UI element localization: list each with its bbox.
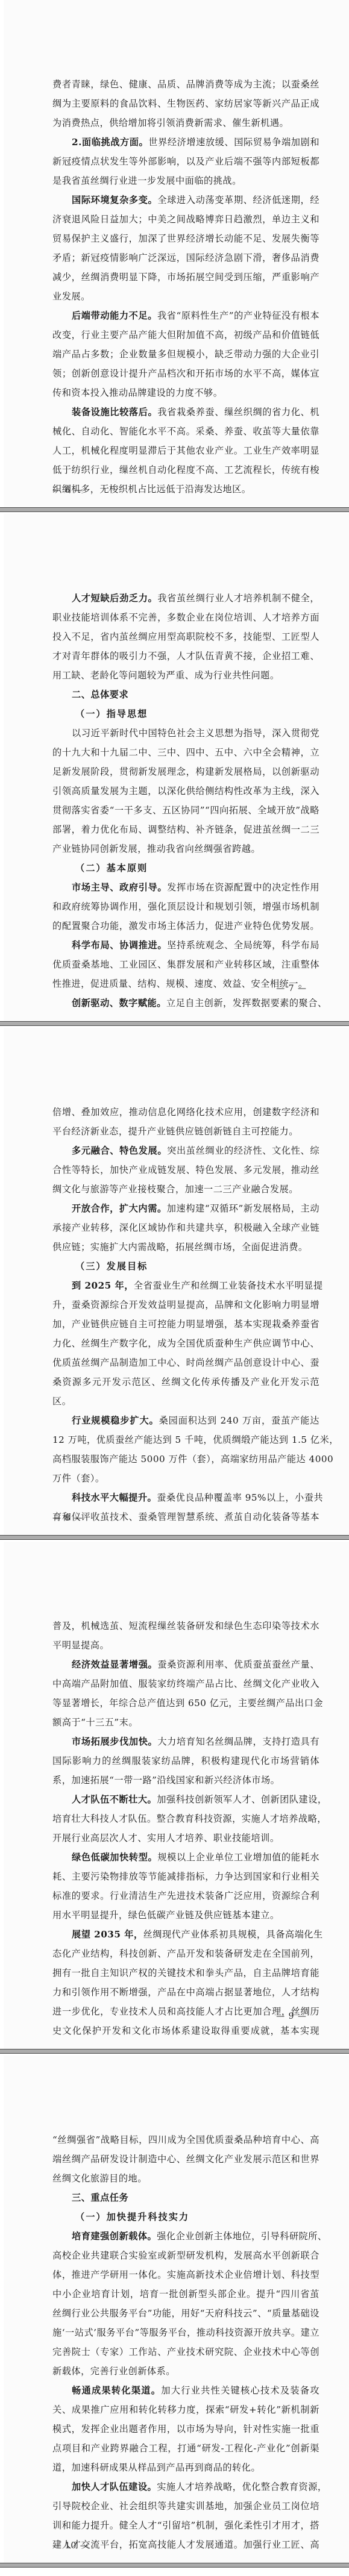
line-text: 新冠疫情点状发生等外部影响，以及产业后端不强等内部短板都 bbox=[52, 156, 319, 167]
line-text: 职业技能培训体系不完善，多数企业在岗位培训、人才培养方面 bbox=[52, 612, 319, 623]
text-line: 和政府统筹协调作用，强化顶层设计和规划引领，增强市场机制 bbox=[52, 897, 319, 916]
line-text: 优质蚕桑基地、工业园区、集群发展和产业转移区域，注重整体 bbox=[52, 959, 319, 970]
text-line: 区。 bbox=[52, 1392, 319, 1411]
text-line: 高校企业共建联合实验室或新型研发机构，发展高水平创新联合 bbox=[52, 2246, 319, 2265]
text-line: 态化产业结构，科技创新、产品开发和装备研发走在全国前列， bbox=[52, 1944, 319, 1963]
bold-lead-phrase: 到 2025 年， bbox=[72, 1280, 134, 1291]
text-line: 织绸机多，无梭织机占比远低于沿海发达地区。 bbox=[52, 480, 319, 499]
line-text: 发挥市场在资源配置中的决定性作用 bbox=[167, 882, 319, 893]
line-text: 桑园面积达到 240 万亩，蚕茧产能达 bbox=[159, 1415, 319, 1426]
text-line: 引领高质量发展为主题，以深化供给侧结构性改革为主线，深入 bbox=[52, 781, 319, 801]
text-line: 升，蚕桑资源综合开发效益明显提高，品牌和文化影响力明显增 bbox=[52, 1295, 319, 1315]
line-text: 建人才交流平台，拓宽高技能人才发展通道。加强行业工匠、高 bbox=[52, 2539, 319, 2550]
line-text: 训和能力提升。健全人才“引留培”机制，强化柔性引才用才，搭 bbox=[52, 2520, 319, 2531]
text-line: 12 万吨，优质蚕丝产能达到 5 千吨，优质绸缎产能达到 1.5 亿米， bbox=[52, 1430, 319, 1449]
line-text: 升，蚕桑资源综合开发效益明显提高，品牌和文化影响力明显增 bbox=[52, 1299, 319, 1310]
text-line: 高档服装服饰产能达 5000 万件（套），高端家纺用品产能达 4000 bbox=[52, 1449, 319, 1469]
text-line: 的配置聚合功能，激发市场主体活力，促进产业特色优势发展。 bbox=[52, 916, 319, 936]
bold-lead-phrase: 市场拓展步伐加快。 bbox=[72, 1736, 157, 1747]
document-page: 人才短缺后劲乏力。我省茧丝绸行业人才培养机制不健全，职业技能培训体系不完善，多数… bbox=[0, 514, 349, 1021]
paragraph-start-line: 经济效益显著增强。蚕桑资源利用率、优质蚕茧蚕丝产量、 bbox=[52, 1655, 319, 1674]
line-text: 史文化保护开发和文化市场体系建设取得重要成就，基本实现 bbox=[52, 2025, 319, 2036]
section-heading: 三、重点任务 bbox=[52, 2188, 319, 2207]
text-line: 传和资本投入推动品牌建设的力度不够。 bbox=[52, 383, 319, 402]
page-separator bbox=[0, 2049, 349, 2054]
line-text: 加强科技创新领军人才、创新团队建设， bbox=[157, 1794, 327, 1805]
line-text: 我省茧丝绸行业人才培养机制不健全， bbox=[157, 593, 319, 604]
bold-lead-phrase: 市场主导、政府引导。 bbox=[72, 882, 167, 893]
text-line: 桑资源多元开发示范区、丝绸文化传承传播及产业化开发示范 bbox=[52, 1372, 319, 1392]
line-text: 用水平明显提升，绿色低碳产业链及供应链基本建立。 bbox=[52, 1910, 280, 1921]
line-text: 贯彻落实省委“一干多支、五区协同”“四向拓展、全域开放”战略 bbox=[52, 805, 319, 816]
line-text: 耗、主要污染物排放等节能减排指标，力争达到国家和行业相关 bbox=[52, 1871, 319, 1882]
line-text: 突出茧丝绸业的经济性、文化性、综 bbox=[167, 1145, 319, 1156]
text-line: 拥有一批自主知识产权的关键技术和拳头产品，自主品牌培育能 bbox=[52, 1963, 319, 1983]
text-line: 用水平明显提升，绿色低碳产业链及供应链基本建立。 bbox=[52, 1905, 319, 1925]
paragraph-start-line: 人才队伍不断壮大。加强科技创新领军人才、创新团队建设， bbox=[52, 1790, 319, 1809]
text-line: 费者青睐，绿色、健康、品质、品牌消费等成为主流；以蚕桑丝 bbox=[52, 75, 319, 94]
paragraph-start-line: 以习近平新时代中国特色社会主义思想为指导，深入贯彻党 bbox=[52, 724, 319, 743]
text-line: 绸文化与旅游等产业接枝聚合，加速一二三产业融合发展。 bbox=[52, 1180, 319, 1199]
bold-lead-phrase: 人才队伍不断壮大。 bbox=[72, 1794, 157, 1805]
text-line: 引导院校企业、社会组织等共建实训基地，加强企业员工岗位培 bbox=[52, 2496, 319, 2516]
page-gap bbox=[0, 2568, 349, 2569]
text-line: 低于纺织行业，缫丝机自动化程度不高、工艺流程长，传统有梭 bbox=[52, 460, 319, 480]
line-text: 全球进入动荡变革期、经济低迷期，经 bbox=[157, 195, 319, 205]
paragraph-start-line: 到 2025 年，全省蚕业生产和丝绸工业装备技术水平明显提 bbox=[52, 1276, 319, 1295]
text-line: 普及，机械选茧、短流程缫丝装备研发和绿色生态印染等技术水 bbox=[52, 1616, 319, 1636]
line-text: 我省“原料性生产”的产业特征没有根本 bbox=[157, 310, 319, 321]
paragraph-start-line: 2.面临挑战方面。世界经济增速放缓、国际贸易争端加剧和 bbox=[52, 133, 319, 152]
text-line: 标准的要求。行业清洁生产先进技术装备广泛应用，资源综合利 bbox=[52, 1886, 319, 1905]
bold-lead-phrase: 开放合作，扩大内需。 bbox=[72, 1203, 167, 1214]
line-text: 承接产业转移，深化区域协作和共建共享，积极融入全球产业链 bbox=[52, 1222, 319, 1233]
subsection-heading: （一）加快提升科技实力 bbox=[52, 2207, 319, 2227]
text-line: 贯彻落实省委“一干多支、五区协同”“四向拓展、全域开放”战略 bbox=[52, 801, 319, 820]
text-line: 万件（套）。 bbox=[52, 1469, 319, 1488]
paragraph-start-line: 国际环境复杂多变。全球进入动荡变革期、经济低迷期，经 bbox=[52, 190, 319, 210]
paragraph-start-line: 开放合作，扩大内需。加速构建“双循环”新发展格局，主动 bbox=[52, 1199, 319, 1218]
page-separator bbox=[0, 507, 349, 512]
page-body: 普及，机械选茧、短流程缫丝装备研发和绿色生态印染等技术水平明显提高。经济效益显著… bbox=[52, 1616, 319, 2040]
document-page: 普及，机械选茧、短流程缫丝装备研发和绿色生态印染等技术水平明显提高。经济效益显著… bbox=[0, 1542, 349, 2049]
text-line: 人工，机械化程度明显滞后于其他农业产业。工业生产效率明显 bbox=[52, 441, 319, 460]
text-line: 贸易保护主义盛行，加深了世界经济增长动能不足、发展失衡等 bbox=[52, 229, 319, 248]
line-text: 规模以上企业单位工业增加值的能耗水 bbox=[157, 1852, 319, 1863]
line-text: 标准的要求。行业清洁生产先进技术装备广泛应用，资源综合利 bbox=[52, 1890, 319, 1901]
bold-lead-phrase: 行业规模稳步扩大。 bbox=[72, 1415, 159, 1426]
line-text: 和政府统筹协调作用，强化顶层设计和规划引领，增强市场机制 bbox=[52, 901, 319, 912]
text-line: 平明显提高。 bbox=[52, 1636, 319, 1655]
line-text: 合性等特长，加快产业成链发展、特色发展、多元发展，推动丝 bbox=[52, 1165, 319, 1175]
bold-lead-phrase: 多元融合、特色发展。 bbox=[72, 1145, 167, 1156]
text-line: 体，推进产学研用一体化。实施高新技术企业倍增计划、科技型 bbox=[52, 2265, 319, 2284]
line-text: 济衰退风险日益加大；中美之间战略博弈日趋激烈，单边主义和 bbox=[52, 214, 319, 225]
line-text: 部署，着力优化布局、调整结构、补齐链条，促进茧丝绸一二三 bbox=[52, 824, 319, 835]
line-text: 性推进，促进质量、结构、规模、速度、效益、安全相统一。 bbox=[52, 978, 308, 989]
line-text: 国际影响力的丝绸服装家纺品牌，积极构建现代化市场营销体 bbox=[52, 1755, 319, 1766]
line-text: 绸为主要原料的食品饮料、生物医药、家纺居家等新兴产品正成 bbox=[52, 98, 319, 109]
line-text: 等显著增长，年综合总产值达到 650 亿元，主要丝绸产品出口金 bbox=[52, 1698, 323, 1708]
line-text: 高校企业共建联合实验室或新型研发机构，发展高水平创新联合 bbox=[52, 2250, 319, 2261]
paragraph-start-line: 绿色低碳加快转型。规模以上企业单位工业增加值的能耗水 bbox=[52, 1848, 319, 1867]
line-text: 二、总体要求 bbox=[72, 689, 128, 700]
section-heading: 二、总体要求 bbox=[52, 685, 319, 704]
page-number: — 8 — bbox=[52, 1513, 83, 1523]
page-separator bbox=[0, 1535, 349, 1540]
text-line: 矛盾；新冠疫情影响广泛深远，国际经济急剧下滑，奢侈品消费 bbox=[52, 248, 319, 267]
text-line: 新冠疫情点状发生等外部影响，以及产业后端不强等内部短板都 bbox=[52, 152, 319, 171]
page-body: 费者青睐，绿色、健康、品质、品牌消费等成为主流；以蚕桑丝绸为主要原料的食品饮料、… bbox=[52, 75, 319, 499]
text-line: 国际影响力的丝绸服装家纺品牌，积极构建现代化市场营销体 bbox=[52, 1751, 319, 1771]
page-body: 人才短缺后劲乏力。我省茧丝绸行业人才培养机制不健全，职业技能培训体系不完善，多数… bbox=[52, 589, 319, 1013]
text-line: 开展行业高层次人才、实用人才培养、职业技能培训。 bbox=[52, 1828, 319, 1848]
line-text: 丝绸现代产业体系初具规模，具备高端化生 bbox=[143, 1929, 323, 1940]
text-line: 模式，发挥企业出题者作用，以市场为导向，针对性实施一批重 bbox=[52, 2419, 319, 2439]
line-text: 贸易保护主义盛行，加深了世界经济增长动能不足、发展失衡等 bbox=[52, 233, 319, 244]
line-text: 绸文化与旅游等产业接枝聚合，加速一二三产业融合发展。 bbox=[52, 1184, 298, 1195]
line-text: 施‘一站式’服务平台”等服务平台，推动科技资源开放共享。建立 bbox=[52, 2327, 319, 2338]
line-text: “丝绸强省”战略目标，四川成为全国优质蚕桑品种培育中心、高 bbox=[52, 2134, 319, 2145]
line-text: 蚕桑资源利用率、优质蚕茧蚕丝产量、 bbox=[157, 1659, 319, 1670]
line-text: 矛盾；新冠疫情影响广泛深远，国际经济急剧下滑，奢侈品消费 bbox=[52, 252, 319, 263]
line-text: （三）发展目标 bbox=[75, 1261, 148, 1272]
line-text: 培育壮大科技人才队伍。整合教育科技资源，实施人才培养战略， bbox=[52, 1813, 327, 1824]
text-line: 产业链协同创新发展，推动我省向丝绸强省跨越。 bbox=[52, 839, 319, 858]
page-body: 倍增、叠加效应，推动信息化网络化技术应用，创建数字经济和平台经济新业态，提升产业… bbox=[52, 1102, 319, 1527]
bold-lead-phrase: 装备设施比较落后。 bbox=[72, 407, 157, 417]
line-text: 万件（套）。 bbox=[52, 1473, 105, 1484]
text-line: 职业技能培训体系不完善，多数企业在岗位培训、人才培养方面 bbox=[52, 608, 319, 627]
text-line: 优质蚕桑基地、工业园区、集群发展和产业转移区域，注重整体 bbox=[52, 955, 319, 974]
text-line: 丝绸行业公共服务平台”功能，用好“天府科技云”、“质量基础设 bbox=[52, 2304, 319, 2323]
subsection-heading: （一）指导思想 bbox=[52, 704, 319, 724]
line-text: 坚持系统观念、全局统筹，科学布局 bbox=[167, 940, 319, 951]
line-text: 高档服装服饰产能达 5000 万件（套），高端家纺用品产能达 4000 bbox=[52, 1454, 333, 1465]
line-text: 传和资本投入推动品牌建设的力度不够。 bbox=[52, 387, 222, 398]
text-line: 平台经济新业态，提升产业链供应链创新链自主可控能力。 bbox=[52, 1122, 319, 1141]
text-line: 减少，丝绸消费明显下降，市场拓展空间受到压缩，严重影响产 bbox=[52, 267, 319, 287]
line-text: 投入不足，省内茧丝绸应用型高职院校不多，技能型、工匠型人 bbox=[52, 631, 319, 642]
line-text: 引领高质量发展为主题，以深化供给侧结构性改革为主线，深入 bbox=[52, 786, 319, 796]
text-line: 投入不足，省内茧丝绸应用型高职院校不多，技能型、工匠型人 bbox=[52, 627, 319, 646]
text-line: 济衰退风险日益加大；中美之间战略博弈日趋激烈，单边主义和 bbox=[52, 210, 319, 229]
line-text: 实施人才培养战略，优化整合教育资源， bbox=[157, 2481, 327, 2492]
paragraph-start-line: 市场拓展步伐加快。大力培育知名丝绸品牌，支持打造具有 bbox=[52, 1732, 319, 1751]
line-text: 12 万吨，优质蚕丝产能达到 5 千吨，优质绸缎产能达到 1.5 亿米， bbox=[52, 1434, 339, 1445]
line-text: 力和引领作用不断增强，产品在中高端占据显著地位，人才结构 bbox=[52, 1987, 319, 1998]
line-text: 优质茧丝绸产品制造加工中心、时尚丝绸产品创意设计中心、蚕 bbox=[52, 1357, 319, 1368]
text-line: 新载体，完善行业创新体系。 bbox=[52, 2362, 319, 2381]
page-number: — 6 — bbox=[52, 486, 83, 495]
line-text: （二）基本原则 bbox=[75, 863, 148, 874]
paragraph-start-line: 培育建强创新载体。强化企业创新主体地位，引导科研院所、 bbox=[52, 2227, 319, 2246]
line-text: 人工，机械化程度明显滞后于其他农业产业。工业生产效率明显 bbox=[52, 445, 319, 456]
line-text: 是我省茧丝绸行业进一步发展中面临的挑战。 bbox=[52, 175, 242, 186]
line-text: 产业链协同创新发展，推动我省向丝绸强省跨越。 bbox=[52, 843, 260, 854]
paragraph-start-line: 展望 2035 年，丝绸现代产业体系初具规模，具备高端化生 bbox=[52, 1925, 319, 1944]
line-text: 我省栽桑养蚕、缫丝织绸的省力化、机 bbox=[157, 407, 319, 417]
line-text: 体，推进产学研用一体化。实施高新技术企业倍增计划、科技型 bbox=[52, 2269, 319, 2280]
line-text: 道，加速科研成果从样品到产品再到商品的转化。 bbox=[52, 2462, 260, 2473]
paragraph-start-line: 加快人才队伍建设。实施人才培养战略，优化整合教育资源， bbox=[52, 2477, 319, 2496]
text-line: 史文化保护开发和文化市场体系建设取得重要成就，基本实现 bbox=[52, 2021, 319, 2040]
text-line: 的十九大和十九届二中、三中、四中、五中、六中全会精神，立 bbox=[52, 743, 319, 762]
line-text: 加，产业链供应链自主可控能力明显增强，基本实现栽桑养蚕省 bbox=[52, 1319, 319, 1330]
line-text: 点项目和产业跨界融合工程，打通“研发-工程化-产业化”创新渠 bbox=[52, 2443, 319, 2454]
line-text: 拥有一批自主知识产权的关键技术和拳头产品，自主品牌培育能 bbox=[52, 1968, 319, 1978]
bold-lead-phrase: 创新驱动、数字赋能。 bbox=[72, 998, 166, 1008]
paragraph-start-line: 人才短缺后劲乏力。我省茧丝绸行业人才培养机制不健全， bbox=[52, 589, 319, 608]
line-text: 平明显提高。 bbox=[52, 1640, 109, 1651]
line-text: 端丝绸产品研发设计制造中心、丝绸文化产业发展示范区和世界 bbox=[52, 2154, 319, 2165]
line-text: 的配置聚合功能，激发市场主体活力，促进产业特色优势发展。 bbox=[52, 921, 319, 931]
bold-lead-phrase: 人才短缺后劲乏力。 bbox=[72, 593, 157, 604]
text-line: 加，产业链供应链自主可控能力明显增强，基本实现栽桑养蚕省 bbox=[52, 1315, 319, 1334]
line-text: 区。 bbox=[52, 1396, 71, 1407]
text-line: 中小企业培育计划，培育一批创新型头部企业。提升“四川省茧 bbox=[52, 2284, 319, 2304]
line-text: 端产品占多数；企业数量多但规模小，缺乏带动力强的大企业引 bbox=[52, 349, 319, 360]
text-line: 施‘一站式’服务平台”等服务平台，推动科技资源开放共享。建立 bbox=[52, 2323, 319, 2342]
bold-lead-phrase: 2.面临挑战方面。 bbox=[72, 137, 148, 148]
line-text: 三、重点任务 bbox=[72, 2192, 128, 2203]
text-line: 建人才交流平台，拓宽高技能人才发展通道。加强行业工匠、高 bbox=[52, 2535, 319, 2554]
text-line: 完善院士（专家）工作站、产业技术研究院、企业技术中心等创 bbox=[52, 2342, 319, 2362]
paragraph-start-line: 行业规模稳步扩大。桑园面积达到 240 万亩，蚕茧产能达 bbox=[52, 1411, 319, 1430]
bold-lead-phrase: 科技水平大幅提升。 bbox=[72, 1492, 157, 1503]
text-line: 优质茧丝绸产品制造加工中心、时尚丝绸产品创意设计中心、蚕 bbox=[52, 1353, 319, 1372]
line-text: 丝绸文化旅游目的地。 bbox=[52, 2173, 147, 2184]
bold-lead-phrase: 国际环境复杂多变。 bbox=[72, 195, 157, 205]
line-text: 用工缺、老龄化等问题较为严重、成为行业共性问题。 bbox=[52, 670, 280, 681]
subsection-heading: （二）基本原则 bbox=[52, 858, 319, 878]
line-text: 态化产业结构，科技创新、产品开发和装备研发走在全国前列， bbox=[52, 1948, 319, 1959]
line-text: 蚕桑优良品种覆盖率 95%以上，小蚕共 bbox=[157, 1492, 323, 1503]
document-page: “丝绸强省”战略目标，四川成为全国优质蚕桑品种培育中心、高端丝绸产品研发设计制造… bbox=[0, 2055, 349, 2563]
text-line: 力和引领作用不断增强，产品在中高端占据显著地位，人才结构 bbox=[52, 1983, 319, 2002]
line-text: 力化、丝绸生产数字化，成为全国优质蚕种生产供应调节中心、 bbox=[52, 1338, 319, 1349]
line-text: 世界经济增速放缓、国际贸易争端加剧和 bbox=[148, 137, 319, 148]
line-text: 平台经济新业态，提升产业链供应链创新链自主可控能力。 bbox=[52, 1126, 298, 1137]
line-text: 育和仪评收茧技术、蚕桑管理智慧系统、煮茧自动化装备等基本 bbox=[52, 1512, 319, 1522]
line-text: （一）加快提升科技实力 bbox=[75, 2212, 189, 2222]
text-line: 改变，行业主要产品产能大但附加值不高，初级产品和价值链低 bbox=[52, 325, 319, 345]
paragraph-start-line: 后端带动能力不足。我省“原料性生产”的产业特征没有根本 bbox=[52, 306, 319, 325]
text-line: 业发展。 bbox=[52, 287, 319, 306]
document-viewer[interactable]: 费者青睐，绿色、健康、品质、品牌消费等成为主流；以蚕桑丝绸为主要原料的食品饮料、… bbox=[0, 0, 349, 2569]
text-line: 耗、主要污染物排放等节能减排指标，力争达到国家和行业相关 bbox=[52, 1867, 319, 1886]
line-text: 系，加速拓展“一带一路”沿线国家和新兴经济体市场。 bbox=[52, 1775, 280, 1786]
text-line: 训和能力提升。健全人才“引留培”机制，强化柔性引才用才，搭 bbox=[52, 2516, 319, 2535]
bold-lead-phrase: 后端带动能力不足。 bbox=[72, 310, 157, 321]
line-text: 械化、自动化、智能化水平不高。采桑、养蚕、收茧等大量依靠 bbox=[52, 426, 319, 437]
text-line: 供应链；实施扩大内需战略，拓展丝绸市场，全面促进消费。 bbox=[52, 1237, 319, 1257]
text-line: 合性等特长，加快产业成链发展、特色发展、多元发展，推动丝 bbox=[52, 1160, 319, 1180]
page-number: — 7 — bbox=[276, 984, 307, 993]
paragraph-start-line: 市场主导、政府引导。发挥市场在资源配置中的决定性作用 bbox=[52, 878, 319, 897]
text-line: 部署，着力优化布局、调整结构、补齐链条，促进茧丝绸一二三 bbox=[52, 820, 319, 839]
line-text: 全省蚕业生产和丝绸工业装备技术水平明显提 bbox=[134, 1280, 323, 1291]
text-line: 道，加速科研成果从样品到产品再到商品的转化。 bbox=[52, 2458, 319, 2477]
paragraph-start-line: 多元融合、特色发展。突出茧丝绸业的经济性、文化性、综 bbox=[52, 1141, 319, 1160]
line-text: 的十九大和十九届二中、三中、四中、五中、六中全会精神，立 bbox=[52, 747, 319, 758]
page-number: — 9 — bbox=[276, 2012, 307, 2021]
paragraph-start-line: 科技水平大幅提升。蚕桑优良品种覆盖率 95%以上，小蚕共 bbox=[52, 1488, 319, 1507]
bold-lead-phrase: 绿色低碳加快转型。 bbox=[72, 1852, 157, 1863]
page-number: — 10 — bbox=[52, 2541, 89, 2551]
page-separator bbox=[0, 2563, 349, 2568]
line-text: 倍增、叠加效应，推动信息化网络化技术应用，创建数字经济和 bbox=[52, 1107, 319, 1118]
line-text: 加速构建“双循环”新发展格局，主动 bbox=[167, 1203, 319, 1214]
line-text: 加大行业共性关键核心技术及装备攻 bbox=[161, 2385, 319, 2396]
text-line: 端丝绸产品研发设计制造中心、丝绸文化产业发展示范区和世界 bbox=[52, 2149, 319, 2169]
line-text: 新载体，完善行业创新体系。 bbox=[52, 2366, 175, 2377]
bold-lead-phrase: 科学布局、协调推进。 bbox=[72, 940, 167, 951]
line-text: 减少，丝绸消费明显下降，市场拓展空间受到压缩，严重影响产 bbox=[52, 272, 319, 283]
text-line: 丝绸文化旅游目的地。 bbox=[52, 2169, 319, 2188]
line-text: 足新发展阶段，贯彻新发展理念，构建新发展格局，以创新驱动 bbox=[52, 766, 319, 777]
line-text: 改变，行业主要产品产能大但附加值不高，初级产品和价值链低 bbox=[52, 330, 319, 340]
text-line: 额高于“十三五”末。 bbox=[52, 1713, 319, 1732]
line-text: 完善院士（专家）工作站、产业技术研究院、企业技术中心等创 bbox=[52, 2346, 319, 2357]
text-line: 培育壮大科技人才队伍。整合教育科技资源，实施人才培养战略， bbox=[52, 1809, 319, 1828]
line-text: 开展行业高层次人才、实用人才培养、职业技能培训。 bbox=[52, 1833, 280, 1843]
line-text: 以习近平新时代中国特色社会主义思想为指导，深入贯彻党 bbox=[72, 728, 319, 739]
bold-lead-phrase: 经济效益显著增强。 bbox=[72, 1659, 157, 1670]
line-text: 业发展。 bbox=[52, 291, 90, 302]
text-line: 育和仪评收茧技术、蚕桑管理智慧系统、煮茧自动化装备等基本 bbox=[52, 1507, 319, 1527]
bold-lead-phrase: 展望 2035 年， bbox=[72, 1929, 143, 1940]
text-line: 力化、丝绸生产数字化，成为全国优质蚕种生产供应调节中心、 bbox=[52, 1334, 319, 1353]
document-page: 费者青睐，绿色、健康、品质、品牌消费等成为主流；以蚕桑丝绸为主要原料的食品饮料、… bbox=[0, 0, 349, 507]
text-line: 为消费热点，供给增加将引领消费新需求、催生新机遇。 bbox=[52, 113, 319, 133]
text-line: 是我省茧丝绸行业进一步发展中面临的挑战。 bbox=[52, 171, 319, 190]
paragraph-start-line: 创新驱动、数字赋能。立足自主创新，发挥数据要素的聚合、 bbox=[52, 993, 319, 1013]
line-text: 大力培育知名丝绸品牌，支持打造具有 bbox=[157, 1736, 319, 1747]
line-text: 费者青睐，绿色、健康、品质、品牌消费等成为主流；以蚕桑丝 bbox=[52, 79, 319, 90]
text-line: 承接产业转移，深化区域协作和共建共享，积极融入全球产业链 bbox=[52, 1218, 319, 1237]
text-line: 领；创新创意设计提升产品档次和开拓市场的水平不高，媒体宣 bbox=[52, 364, 319, 383]
text-line: 关、成果推广应用和转化转移力度，探索“研发+转化”新机制新 bbox=[52, 2400, 319, 2419]
subsection-heading: （三）发展目标 bbox=[52, 1257, 319, 1276]
line-text: 供应链；实施扩大内需战略，拓展丝绸市场，全面促进消费。 bbox=[52, 1242, 308, 1252]
line-text: 才对青年群体的吸引力不强，人才队伍青黄不接，企业招工难、 bbox=[52, 651, 319, 661]
paragraph-start-line: 科学布局、协调推进。坚持系统观念、全局统筹，科学布局 bbox=[52, 936, 319, 955]
line-text: 普及，机械选茧、短流程缫丝装备研发和绿色生态印染等技术水 bbox=[52, 1621, 319, 1631]
line-text: 为消费热点，供给增加将引领消费新需求、催生新机遇。 bbox=[52, 117, 289, 128]
text-line: 足新发展阶段，贯彻新发展理念，构建新发展格局，以创新驱动 bbox=[52, 762, 319, 781]
document-page: 倍增、叠加效应，推动信息化网络化技术应用，创建数字经济和平台经济新业态，提升产业… bbox=[0, 1028, 349, 1535]
text-line: “丝绸强省”战略目标，四川成为全国优质蚕桑品种培育中心、高 bbox=[52, 2130, 319, 2149]
line-text: 立足自主创新，发挥数据要素的聚合、 bbox=[166, 998, 327, 1008]
text-line: 系，加速拓展“一带一路”沿线国家和新兴经济体市场。 bbox=[52, 1771, 319, 1790]
bold-lead-phrase: 畅通成果转化渠道。 bbox=[72, 2385, 161, 2396]
text-line: 端产品占多数；企业数量多但规模小，缺乏带动力强的大企业引 bbox=[52, 345, 319, 364]
line-text: （一）指导思想 bbox=[75, 708, 148, 719]
line-text: 低于纺织行业，缫丝机自动化程度不高、工艺流程长，传统有梭 bbox=[52, 464, 319, 475]
bold-lead-phrase: 培育建强创新载体。 bbox=[72, 2231, 157, 2242]
line-text: 中高端产品附加值、服装家纺终端产品占比、丝绸文化产业收入 bbox=[52, 1678, 319, 1689]
line-text: 强化企业创新主体地位，引导科研院所、 bbox=[157, 2231, 327, 2242]
text-line: 才对青年群体的吸引力不强，人才队伍青黄不接，企业招工难、 bbox=[52, 646, 319, 666]
text-line: 等显著增长，年综合总产值达到 650 亿元，主要丝绸产品出口金 bbox=[52, 1693, 319, 1713]
text-line: 中高端产品附加值、服装家纺终端产品占比、丝绸文化产业收入 bbox=[52, 1674, 319, 1693]
line-text: 丝绸行业公共服务平台”功能，用好“天府科技云”、“质量基础设 bbox=[52, 2308, 319, 2319]
text-line: 倍增、叠加效应，推动信息化网络化技术应用，创建数字经济和 bbox=[52, 1102, 319, 1122]
page-separator bbox=[0, 1021, 349, 1026]
paragraph-start-line: 装备设施比较落后。我省栽桑养蚕、缫丝织绸的省力化、机 bbox=[52, 402, 319, 422]
text-line: 械化、自动化、智能化水平不高。采桑、养蚕、收茧等大量依靠 bbox=[52, 422, 319, 441]
line-text: 额高于“十三五”末。 bbox=[52, 1717, 138, 1728]
line-text: 模式，发挥企业出题者作用，以市场为导向，针对性实施一批重 bbox=[52, 2424, 319, 2434]
bold-lead-phrase: 加快人才队伍建设。 bbox=[72, 2481, 157, 2492]
text-line: 绸为主要原料的食品饮料、生物医药、家纺居家等新兴产品正成 bbox=[52, 94, 319, 113]
line-text: 桑资源多元开发示范区、丝绸文化传承传播及产业化开发示范 bbox=[52, 1377, 319, 1387]
line-text: 关、成果推广应用和转化转移力度，探索“研发+转化”新机制新 bbox=[52, 2404, 319, 2415]
text-line: 点项目和产业跨界融合工程，打通“研发-工程化-产业化”创新渠 bbox=[52, 2439, 319, 2458]
line-text: 引导院校企业、社会组织等共建实训基地，加强企业员工岗位培 bbox=[52, 2501, 319, 2512]
page-body: “丝绸强省”战略目标，四川成为全国优质蚕桑品种培育中心、高端丝绸产品研发设计制造… bbox=[52, 2130, 319, 2554]
line-text: 中小企业培育计划，培育一批创新型头部企业。提升“四川省茧 bbox=[52, 2289, 319, 2299]
line-text: 领；创新创意设计提升产品档次和开拓市场的水平不高，媒体宣 bbox=[52, 368, 319, 379]
text-line: 用工缺、老龄化等问题较为严重、成为行业共性问题。 bbox=[52, 666, 319, 685]
paragraph-start-line: 畅通成果转化渠道。加大行业共性关键核心技术及装备攻 bbox=[52, 2381, 319, 2400]
